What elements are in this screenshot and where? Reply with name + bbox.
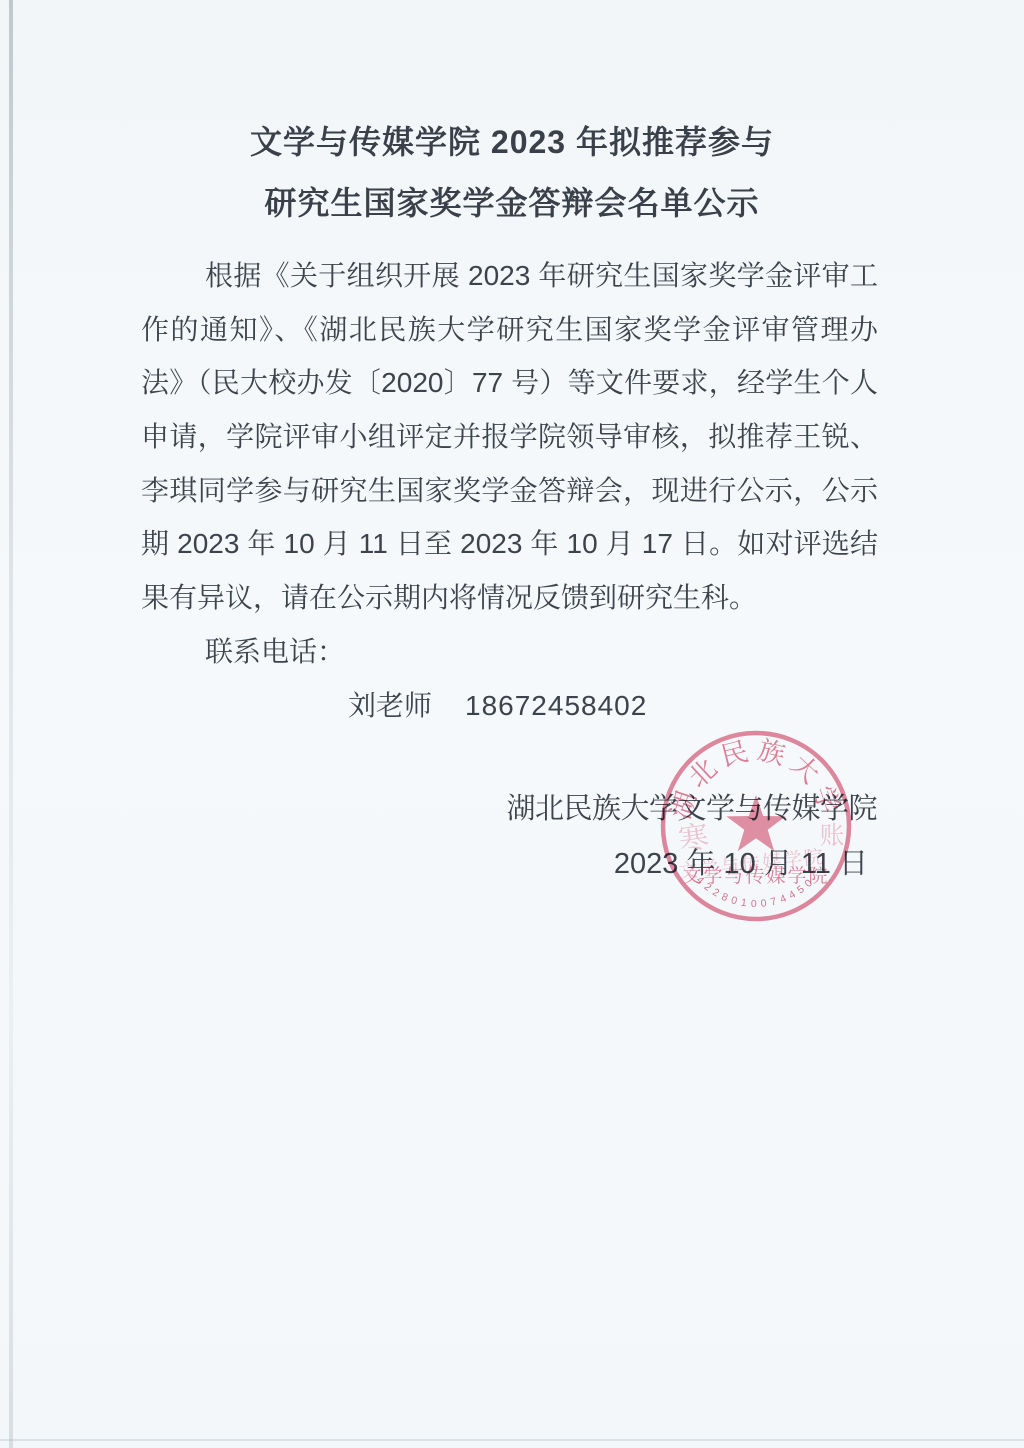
body-line: 作的通知》、《湖北民族大学研究生国家奖学金评审管理办	[141, 303, 878, 357]
body-line: 李琪同学参与研究生国家奖学金答辩会，现进行公示，公示	[141, 464, 878, 518]
seal-ghost-right: 账	[819, 822, 844, 850]
body-line: 申请，学院评审小组评定并报学院领导审核，拟推荐王锐、	[141, 410, 878, 464]
scanned-document-page: 文学与传媒学院 2023 年拟推荐参与 研究生国家奖学金答辩会名单公示 根据《关…	[0, 0, 1024, 1448]
body-line: 根据《关于组织开展 2023 年研究生国家奖学金评审工	[141, 249, 878, 303]
seal-star-icon	[727, 795, 786, 851]
official-seal-stamp: 寒 账 文学与传媒学院 湖北民族大学 文学与传媒学院 4228010074450	[646, 716, 866, 936]
contact-label: 联系电话：	[141, 625, 878, 679]
contact-person: 刘老师	[348, 690, 432, 721]
body-line: 果有异议，请在公示期内将情况反馈到研究生科。	[141, 571, 878, 625]
document-title-line2: 研究生国家奖学金答辩会名单公示	[0, 178, 1024, 224]
document-body: 根据《关于组织开展 2023 年研究生国家奖学金评审工 作的通知》、《湖北民族大…	[141, 249, 878, 732]
document-title-line1: 文学与传媒学院 2023 年拟推荐参与	[0, 117, 1024, 163]
contact-phone: 18672458402	[465, 690, 647, 721]
seal-ghost-left: 寒	[677, 820, 711, 857]
body-line: 法》（民大校办发〔2020〕77 号）等文件要求，经学生个人	[141, 356, 878, 410]
scan-bottom-edge	[0, 1439, 1024, 1441]
body-line: 期 2023 年 10 月 11 日至 2023 年 10 月 17 日。如对评…	[141, 517, 878, 571]
